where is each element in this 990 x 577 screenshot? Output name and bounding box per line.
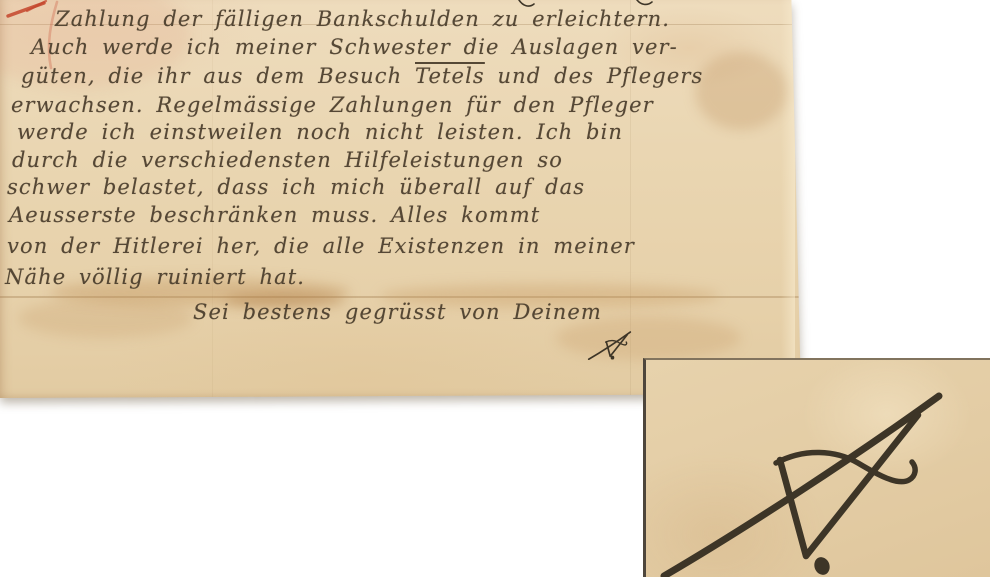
handwriting-line: schwer belastet, dass ich mich überall a… (7, 174, 585, 200)
inset-signature-a-icon (646, 360, 990, 577)
handwriting-line: Aeusserste beschränken muss. Alles kommt (9, 202, 540, 228)
ink-dot (812, 555, 832, 577)
line-text: und des Pflegers (485, 64, 704, 88)
page: Zahlung der fälligen Bankschulden zu erl… (0, 0, 990, 577)
letter-photo: Zahlung der fälligen Bankschulden zu erl… (0, 0, 801, 398)
handwriting-line: Nähe völlig ruiniert hat. (5, 264, 305, 290)
handwriting-line: von der Hitlerei her, die alle Existenze… (7, 233, 635, 259)
signature-detail-inset (643, 358, 990, 577)
line-text: güten, die ihr aus dem Besuch (21, 64, 415, 88)
handwriting-line: erwachsen. Regelmässige Zahlungen für de… (11, 92, 654, 118)
letter-body-text: Zahlung der fälligen Bankschulden zu erl… (0, 0, 801, 398)
signature-a-icon (586, 326, 638, 360)
handwriting-line: Zahlung der fälligen Bankschulden zu erl… (55, 6, 670, 32)
handwriting-line: durch die verschiedensten Hilfeleistunge… (12, 147, 563, 173)
closing-line: Sei bestens gegrüsst von Deinem (193, 299, 602, 325)
handwriting-line: güten, die ihr aus dem Besuch Tetels und… (21, 63, 703, 89)
letter-paper: Zahlung der fälligen Bankschulden zu erl… (0, 0, 801, 398)
overlined-word: Tetels (415, 64, 485, 88)
handwriting-line: werde ich einstweilen noch nicht leisten… (17, 119, 623, 145)
handwriting-line: Auch werde ich meiner Schwester die Ausl… (31, 34, 678, 60)
